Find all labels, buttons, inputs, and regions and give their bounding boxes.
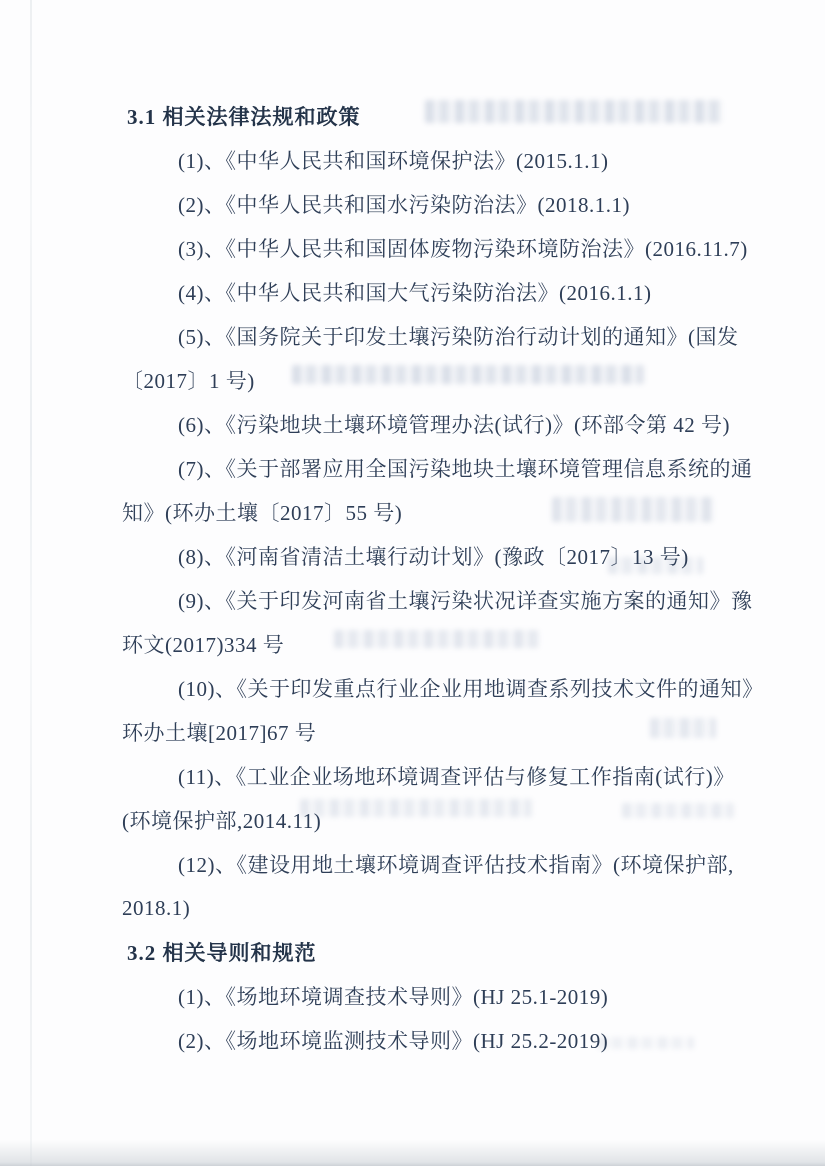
section-heading-3-2: 3.2 相关导则和规范	[122, 930, 748, 974]
law-item-7-line-2: 知》(环办土壤〔2017〕55 号)	[122, 490, 748, 534]
law-item-9-line-2: 环文(2017)334 号	[122, 622, 748, 666]
law-item-7-line-1: (7)、《关于部署应用全国污染地块土壤环境管理信息系统的通	[122, 446, 748, 490]
law-item-12-line-2: 2018.1)	[122, 886, 748, 930]
law-item-11-line-1: (11)、《工业企业场地环境调查评估与修复工作指南(试行)》	[122, 754, 748, 798]
law-item-6: (6)、《污染地块土壤环境管理办法(试行)》(环部令第 42 号)	[122, 402, 748, 446]
law-item-11-line-2: (环境保护部,2014.11)	[122, 798, 748, 842]
law-item-12-line-1: (12)、《建设用地土壤环境调查评估技术指南》(环境保护部,	[122, 842, 748, 886]
law-item-10-line-2: 环办土壤[2017]67 号	[122, 710, 748, 754]
law-item-3: (3)、《中华人民共和国固体废物污染环境防治法》(2016.11.7)	[122, 226, 748, 270]
law-item-5-line-1: (5)、《国务院关于印发土壤污染防治行动计划的通知》(国发	[122, 314, 748, 358]
law-item-4: (4)、《中华人民共和国大气污染防治法》(2016.1.1)	[122, 270, 748, 314]
law-item-9-line-1: (9)、《关于印发河南省土壤污染状况详查实施方案的通知》豫	[122, 578, 748, 622]
guideline-item-2: (2)、《场地环境监测技术导则》(HJ 25.2-2019)	[122, 1018, 748, 1062]
scan-edge-artifact-bottom	[0, 1140, 825, 1166]
law-item-1: (1)、《中华人民共和国环境保护法》(2015.1.1)	[122, 138, 748, 182]
law-item-8: (8)、《河南省清洁土壤行动计划》(豫政〔2017〕13 号)	[122, 534, 748, 578]
law-item-5-line-2: 〔2017〕1 号)	[122, 358, 748, 402]
section-heading-3-1: 3.1 相关法律法规和政策	[122, 94, 748, 138]
law-item-10-line-1: (10)、《关于印发重点行业企业用地调查系列技术文件的通知》	[122, 666, 748, 710]
scanned-document-page: 3.1 相关法律法规和政策 (1)、《中华人民共和国环境保护法》(2015.1.…	[0, 0, 825, 1166]
guideline-item-1: (1)、《场地环境调查技术导则》(HJ 25.1-2019)	[122, 974, 748, 1018]
document-body: 3.1 相关法律法规和政策 (1)、《中华人民共和国环境保护法》(2015.1.…	[122, 0, 748, 1062]
scan-edge-artifact-left	[30, 0, 32, 1166]
law-item-2: (2)、《中华人民共和国水污染防治法》(2018.1.1)	[122, 182, 748, 226]
